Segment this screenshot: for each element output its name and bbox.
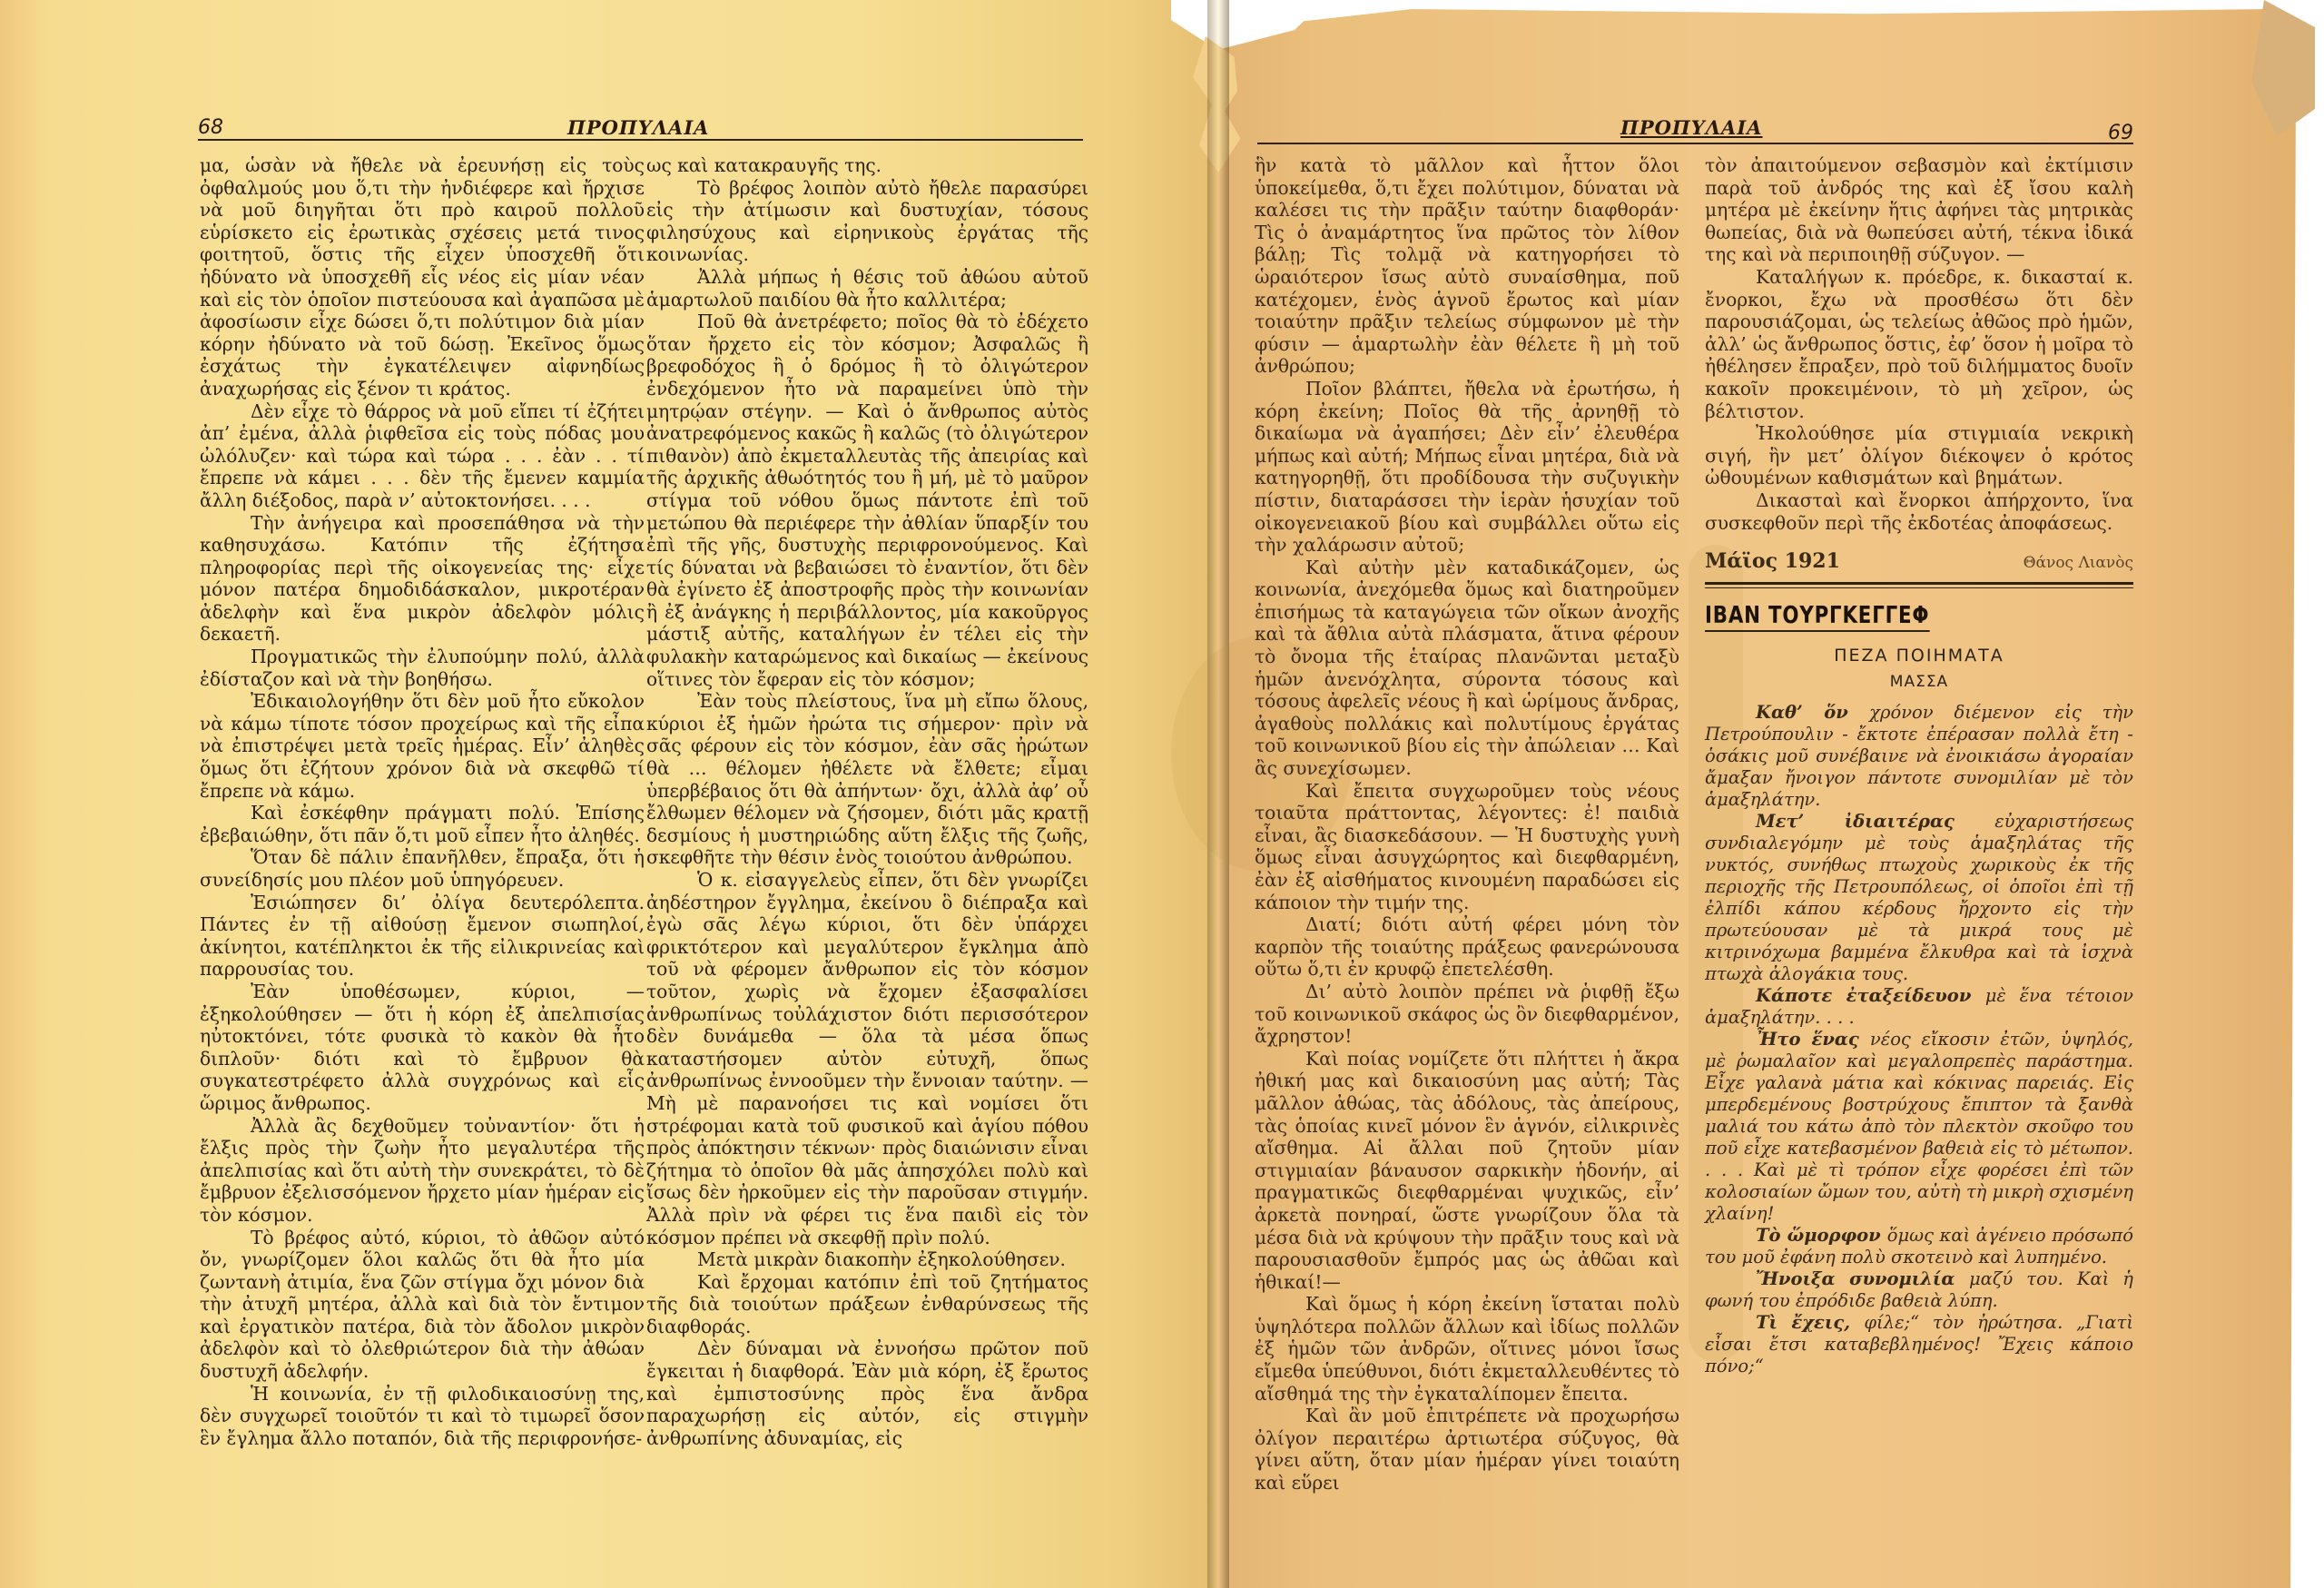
paragraph: Τὸ βρέφος αὐτό, κύριοι, τὸ ἀθῶον αὐτό ὄν… xyxy=(200,1227,645,1383)
paragraph: Καὶ ἔπειτα συγχωροῦμεν τοὺς νέους τοιαῦτ… xyxy=(1255,780,1679,914)
paragraph: Ἡ κοινωνία, ἐν τῇ φιλοδικαιοσύνῃ της, δὲ… xyxy=(200,1383,645,1450)
signature-date: Μάϊος 1921 xyxy=(1705,550,1840,573)
text-column: ως καὶ κατακραυγῆς της.Τὸ βρέφος λοιπὸν … xyxy=(646,154,1088,1449)
section-divider xyxy=(1705,582,2133,588)
paragraph: Δι’ αὐτὸ λοιπὸν πρέπει νὰ ῥιφθῇ ἔξω τοῦ … xyxy=(1255,981,1679,1048)
article-series-title: ΠΕΖΑ ΠΟΙΗΜΑΤΑ xyxy=(1705,645,2133,667)
paragraph: μα, ὡσὰν νὰ ἤθελε νὰ ἐρευνήσῃ εἰς τοὺς ὀ… xyxy=(200,154,645,400)
header-rule-left xyxy=(198,139,1083,141)
paragraph: Ἦτο ἕνας νέος εἴκοσιν ἐτῶν, ὑψηλός, μὲ ῥ… xyxy=(1705,1029,2133,1225)
header-rule-right xyxy=(1257,143,2133,144)
running-head-left: 68 xyxy=(198,116,223,139)
page-number-left: 68 xyxy=(198,116,223,139)
paragraph: Ἤνοιξα συνομιλία μαζύ του. Καὶ ἡ φωνή το… xyxy=(1705,1268,2133,1312)
paragraph: Δὲν εἶχε τὸ θάρρος νὰ μοῦ εἴπει τί ἐζήτε… xyxy=(200,400,645,512)
article-author-heading: ΙΒΑΝ ΤΟΥΡΓΚΕΓΓΕΦ xyxy=(1705,605,1929,633)
paragraph: Τὸ βρέφος λοιπὸν αὐτὸ ἤθελε παρασύρει εἰ… xyxy=(646,177,1088,266)
paragraph: Ἠκολούθησε μία στιγμιαία νεκρικὴ σιγή, ἣ… xyxy=(1705,422,2133,489)
paragraph: Ἐὰν τοὺς πλείστους, ἵνα μὴ εἴπω ὅλους, κ… xyxy=(646,690,1088,869)
prose-poem-body: Καθ’ ὅν χρόνον διέμενον εἰς τὴν Πετρούπο… xyxy=(1705,702,2133,1377)
paragraph: Καὶ ἔρχομαι κατόπιν ἐπὶ τοῦ ζητήματος τῆ… xyxy=(646,1271,1088,1338)
journal-title-right: ΠΡΟΠΥΛΑΙΑ xyxy=(1620,116,1762,139)
paragraph: Ἀλλὰ μήπως ἡ θέσις τοῦ ἀθώου αὐτοῦ ἁμαρτ… xyxy=(646,266,1088,311)
paragraph: Τὴν ἀνήγειρα καὶ προσεπάθησα νὰ τὴν καθη… xyxy=(200,512,645,646)
paragraph: Ἐδικαιολογήθην ὅτι δὲν μοῦ ἦτο εὔκολον ν… xyxy=(200,690,645,802)
article-signature: Μάϊος 1921 Θάνος Λιανὸς xyxy=(1705,550,2133,575)
paragraph: Μετὰ μικρὰν διακοπὴν ἐξηκολούθησεν. xyxy=(646,1248,1088,1271)
paragraph: Δὲν δύναμαι νὰ ἐννοήσω πρῶτον ποῦ ἔγκειτ… xyxy=(646,1337,1088,1449)
paragraph: Ποῖον βλάπτει, ἤθελα νὰ ἐρωτήσω, ἡ κόρη … xyxy=(1255,378,1679,557)
paragraph: Καὶ ἂν μοῦ ἐπιτρέπετε νὰ προχωρήσω ὀλίγο… xyxy=(1255,1405,1679,1494)
paragraph: Διατί; διότι αὐτή φέρει μόνη τὸν καρπὸν … xyxy=(1255,913,1679,981)
paragraph: Καὶ αὐτὴν μὲν καταδικάζομεν, ὡς κοινωνία… xyxy=(1255,557,1679,780)
paragraph: Καθ’ ὅν χρόνον διέμενον εἰς τὴν Πετρούπο… xyxy=(1705,702,2133,811)
paragraph: Ἐὰν ὑποθέσωμεν, κύριοι, — ἐξηκολούθησεν … xyxy=(200,981,645,1115)
paragraph: Ἀλλὰ ἂς δεχθοῦμεν τοὐναντίον· ὅτι ἡ ἔλξι… xyxy=(200,1115,645,1227)
paragraph: Καὶ ἐσκέφθην πράγματι πολύ. Ἐπίσης ἐβεβα… xyxy=(200,802,645,846)
signature-author: Θάνος Λιανὸς xyxy=(2024,552,2133,575)
paragraph: Καὶ ποίας νομίζετε ὅτι πλήττει ἡ ἄκρα ἠθ… xyxy=(1255,1048,1679,1294)
paragraph: Καὶ ὅμως ἡ κόρη ἐκείνη ἵσταται πολὺ ὑψηλ… xyxy=(1255,1293,1679,1405)
page-number-right: 69 xyxy=(2108,122,2133,144)
paragraph: τὸν ἀπαιτούμενον σεβασμὸν καὶ ἐκτίμισιν … xyxy=(1705,154,2133,266)
article-title: ΜΑΣΣΑ xyxy=(1705,671,2133,694)
text-column: ἣν κατὰ τὸ μᾶλλον καὶ ἧττον ὅλοι ὑποκείμ… xyxy=(1255,154,1679,1494)
paragraph: Κάποτε ἐταξείδευον μὲ ἕνα τέτοιον ἁμαξηλ… xyxy=(1705,985,2133,1029)
paragraph: Ἐσιώπησεν δι’ ὀλίγα δευτερόλεπτα. Πάντες… xyxy=(200,892,645,981)
paragraph: Δικασταὶ καὶ ἔνορκοι ἀπήρχοντο, ἵνα συσκ… xyxy=(1705,489,2133,534)
paragraph: Ὁ κ. εἰσαγγελεὺς εἶπεν, ὅτι δὲν γνωρίζει… xyxy=(646,869,1088,1248)
paragraph: Καταλήγων κ. πρόεδρε, κ. δικασταί κ. ἔνο… xyxy=(1705,266,2133,422)
paragraph: Προγματικῶς τὴν ἐλυπούμην πολύ, ἀλλὰ ἐδί… xyxy=(200,646,645,690)
paragraph: Μετ’ ἰδιαιτέρας εὐχαριστήσεως συνδιαλεγό… xyxy=(1705,811,2133,985)
paragraph: ἣν κατὰ τὸ μᾶλλον καὶ ἧττον ὅλοι ὑποκείμ… xyxy=(1255,154,1679,378)
paragraph: Ὅταν δὲ πάλιν ἐπανῆλθεν, ἔπραξα, ὅτι ἡ σ… xyxy=(200,846,645,891)
paragraph: Τὶ ἔχεις, φίλε;“ τὸν ἠρώτησα. „Γιατὶ εἶσ… xyxy=(1705,1312,2133,1377)
text-column: τὸν ἀπαιτούμενον σεβασμὸν καὶ ἐκτίμισιν … xyxy=(1705,154,2133,1377)
paragraph: Ποῦ θὰ ἀνετρέφετο; ποῖος θὰ τὸ ἐδέχετο ὅ… xyxy=(646,311,1088,690)
column-body: τὸν ἀπαιτούμενον σεβασμὸν καὶ ἐκτίμισιν … xyxy=(1705,154,2133,534)
text-column: μα, ὡσὰν νὰ ἤθελε νὰ ἐρευνήσῃ εἰς τοὺς ὀ… xyxy=(200,154,645,1449)
journal-title-left: ΠΡΟΠΥΛΑΙΑ xyxy=(567,116,709,139)
paragraph: ως καὶ κατακραυγῆς της. xyxy=(646,154,1088,177)
running-head-right: 69 xyxy=(2108,122,2133,144)
paragraph: Τὸ ὥμορφον ὅμως καὶ ἀγένειο πρόσωπό του … xyxy=(1705,1225,2133,1268)
